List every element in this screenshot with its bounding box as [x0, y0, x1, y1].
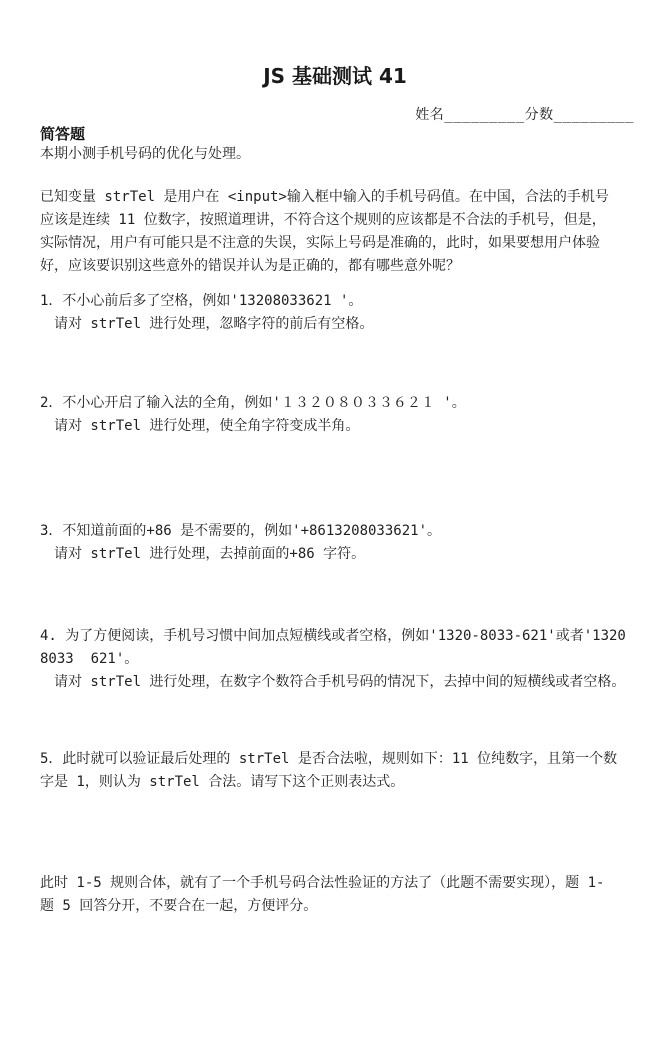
test-paper-page: JS 基础测试 41 姓名_________分数_________ 简答题 本期… — [0, 0, 666, 1038]
description-paragraph: 已知变量 strTel 是用户在 <input>输入框中输入的手机号码值。在中国… — [40, 186, 630, 278]
question-5: 5．此时就可以验证最后处理的 strTel 是否合法啦，规则如下：11 位纯数字… — [40, 748, 630, 794]
closing-note: 此时 1-5 规则合体，就有了一个手机号码合法性验证的方法了（此题不需要实现），… — [40, 872, 630, 918]
question-4: 4. 为了方便阅读，手机号习惯中间加点短横线或者空格，例如'1320-8033-… — [40, 625, 630, 694]
question-2: 2．不小心开启了输入法的全角，例如'１３２０８０３３６２１ '。 请对 strT… — [40, 392, 630, 438]
document-title: JS 基础测试 41 — [40, 64, 630, 88]
name-score-line: 姓名_________分数_________ — [40, 106, 634, 125]
intro-line: 本期小测手机号码的优化与处理。 — [40, 143, 630, 166]
section-heading: 简答题 — [40, 125, 630, 143]
question-1: 1．不小心前后多了空格，例如'13208033621 '。 请对 strTel … — [40, 290, 630, 336]
question-3: 3．不知道前面的+86 是不需要的，例如'+8613208033621'。 请对… — [40, 520, 630, 566]
